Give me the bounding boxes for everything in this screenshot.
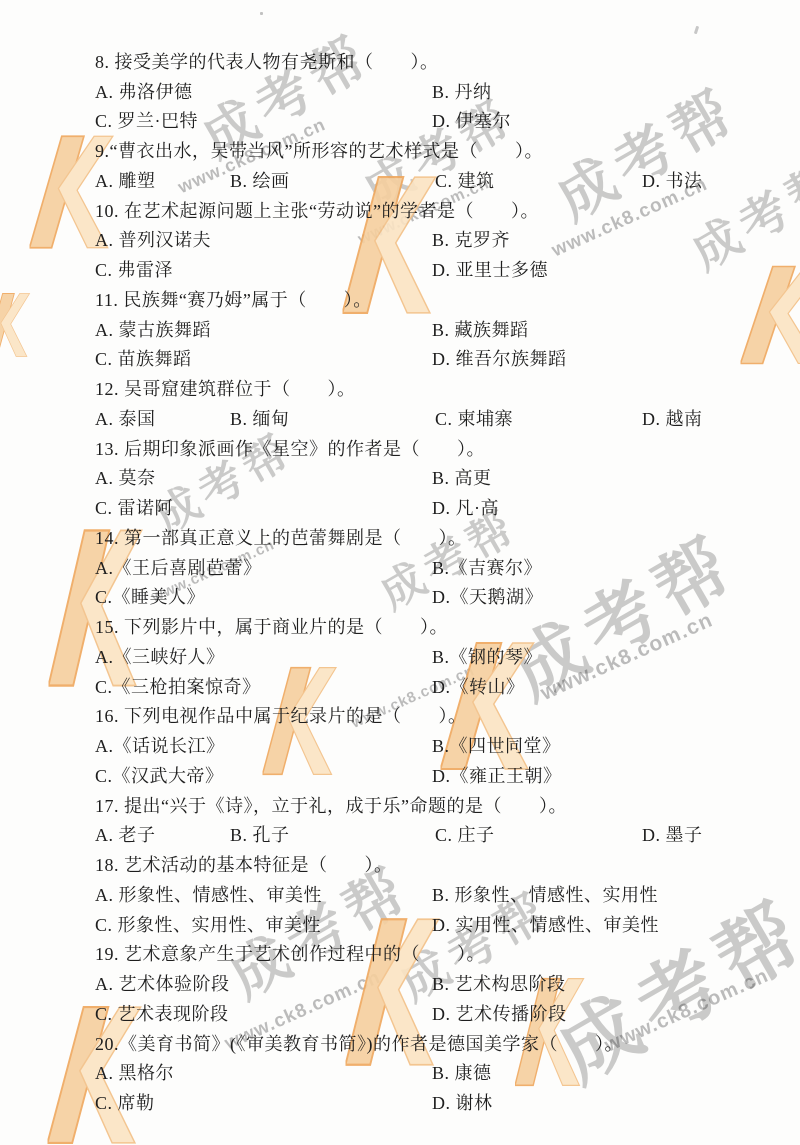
question-12-option-D: D. 越南 (642, 403, 703, 433)
question-9-option-B: B. 绘画 (230, 165, 290, 195)
question-10-option-B: B. 克罗齐 (432, 225, 510, 255)
question-16-options-row: A.《话说长江》B.《四世同堂》 (95, 730, 767, 760)
question-15-option-B: B.《钢的琴》 (432, 641, 542, 671)
question-15-option-D: D.《转山》 (432, 671, 525, 701)
question-12-option-A: A. 泰国 (95, 403, 156, 433)
question-15-options-row: C.《三枪拍案惊奇》D.《转山》 (95, 671, 767, 701)
question-19-stem: 19. 艺术意象产生于艺术创作过程中的（ ）。 (95, 939, 767, 969)
question-20-stem: 20.《美育书简》(《审美教育书简》)的作者是德国美学家（ ）。 (95, 1028, 767, 1058)
question-12-stem: 12. 吴哥窟建筑群位于（ ）。 (95, 373, 767, 403)
question-11-option-C: C. 苗族舞蹈 (95, 344, 192, 374)
question-17-option-A: A. 老子 (95, 820, 156, 850)
question-18-option-D: D. 实用性、情感性、审美性 (432, 909, 659, 939)
question-20-option-A: A. 黑格尔 (95, 1058, 174, 1088)
question-13-option-D: D. 凡·高 (432, 492, 499, 522)
question-17-option-B: B. 孔子 (230, 820, 290, 850)
question-11-options-row: A. 蒙古族舞蹈B. 藏族舞蹈 (95, 314, 767, 344)
question-8-option-C: C. 罗兰·巴特 (95, 106, 198, 136)
question-8-option-B: B. 丹纳 (432, 76, 492, 106)
question-11-option-A: A. 蒙古族舞蹈 (95, 314, 211, 344)
question-9-option-A: A. 雕塑 (95, 165, 156, 195)
question-11-options-row: C. 苗族舞蹈D. 维吾尔族舞蹈 (95, 344, 767, 374)
question-20-options-row: C. 席勒D. 谢林 (95, 1087, 767, 1117)
ck8-logo-icon (0, 293, 31, 358)
question-8-option-D: D. 伊塞尔 (432, 106, 511, 136)
question-14-option-D: D.《天鹅湖》 (432, 582, 543, 612)
question-18-options-row: C. 形象性、实用性、审美性D. 实用性、情感性、审美性 (95, 909, 767, 939)
question-9-stem: 9.“曹衣出水，吴带当风”所形容的艺术样式是（ ）。 (95, 135, 767, 165)
question-15-option-A: A.《三峡好人》 (95, 641, 225, 671)
question-16-option-C: C.《汉武大帝》 (95, 760, 224, 790)
question-16-option-D: D.《雍正王朝》 (432, 760, 562, 790)
question-10-options-row: A. 普列汉诺夫B. 克罗齐 (95, 225, 767, 255)
question-19-option-D: D. 艺术传播阶段 (432, 998, 567, 1028)
question-19-option-B: B. 艺术构思阶段 (432, 968, 566, 998)
question-14-option-C: C.《睡美人》 (95, 582, 205, 612)
question-9-options-row: A. 雕塑B. 绘画C. 建筑D. 书法 (95, 165, 767, 195)
question-8-option-A: A. 弗洛伊德 (95, 76, 193, 106)
question-11-stem: 11. 民族舞“赛乃姆”属于（ ）。 (95, 284, 767, 314)
question-8-options-row: A. 弗洛伊德B. 丹纳 (95, 76, 767, 106)
scan-speck (694, 26, 699, 35)
question-19-option-A: A. 艺术体验阶段 (95, 968, 230, 998)
question-13-option-B: B. 高更 (432, 463, 492, 493)
question-13-option-C: C. 雷诺阿 (95, 492, 173, 522)
question-10-option-C: C. 弗雷泽 (95, 254, 173, 284)
question-18-option-A: A. 形象性、情感性、审美性 (95, 879, 322, 909)
question-12-option-C: C. 柬埔寨 (435, 403, 513, 433)
question-18-option-C: C. 形象性、实用性、审美性 (95, 909, 321, 939)
question-19-options-row: C. 艺术表现阶段D. 艺术传播阶段 (95, 998, 767, 1028)
exam-content: 8. 接受美学的代表人物有尧斯和（ ）。A. 弗洛伊德B. 丹纳C. 罗兰·巴特… (95, 46, 767, 1117)
question-18-options-row: A. 形象性、情感性、审美性B. 形象性、情感性、实用性 (95, 879, 767, 909)
question-15-options-row: A.《三峡好人》B.《钢的琴》 (95, 641, 767, 671)
question-18-stem: 18. 艺术活动的基本特征是（ ）。 (95, 849, 767, 879)
question-10-option-D: D. 亚里士多德 (432, 254, 548, 284)
question-13-options-row: C. 雷诺阿D. 凡·高 (95, 492, 767, 522)
question-12-option-B: B. 缅甸 (230, 403, 290, 433)
question-10-options-row: C. 弗雷泽D. 亚里士多德 (95, 254, 767, 284)
question-11-option-B: B. 藏族舞蹈 (432, 314, 529, 344)
question-20-option-D: D. 谢林 (432, 1087, 493, 1117)
question-13-options-row: A. 莫奈B. 高更 (95, 463, 767, 493)
scan-speck (260, 12, 263, 15)
question-19-option-C: C. 艺术表现阶段 (95, 998, 229, 1028)
question-14-options-row: A.《王后喜剧芭蕾》B.《吉赛尔》 (95, 552, 767, 582)
question-9-option-D: D. 书法 (642, 165, 703, 195)
question-20-option-C: C. 席勒 (95, 1087, 155, 1117)
question-17-stem: 17. 提出“兴于《诗》，立于礼，成于乐”命题的是（ ）。 (95, 790, 767, 820)
question-13-option-A: A. 莫奈 (95, 463, 156, 493)
question-17-option-C: C. 庄子 (435, 820, 495, 850)
question-17-option-D: D. 墨子 (642, 820, 703, 850)
question-13-stem: 13. 后期印象派画作《星空》的作者是（ ）。 (95, 433, 767, 463)
question-9-option-C: C. 建筑 (435, 165, 495, 195)
question-14-options-row: C.《睡美人》D.《天鹅湖》 (95, 582, 767, 612)
question-17-options-row: A. 老子B. 孔子C. 庄子D. 墨子 (95, 820, 767, 850)
question-15-stem: 15. 下列影片中，属于商业片的是（ ）。 (95, 611, 767, 641)
question-16-stem: 16. 下列电视作品中属于纪录片的是（ ）。 (95, 701, 767, 731)
question-19-options-row: A. 艺术体验阶段B. 艺术构思阶段 (95, 968, 767, 998)
question-11-option-D: D. 维吾尔族舞蹈 (432, 344, 567, 374)
question-20-options-row: A. 黑格尔B. 康德 (95, 1058, 767, 1088)
question-16-option-B: B.《四世同堂》 (432, 730, 561, 760)
page: 成考帮成考帮成考帮成考帮成考帮成考帮成考帮成考帮成考帮成考帮www.ck8.co… (0, 0, 800, 1145)
question-8-stem: 8. 接受美学的代表人物有尧斯和（ ）。 (95, 46, 767, 76)
question-14-option-A: A.《王后喜剧芭蕾》 (95, 552, 262, 582)
question-14-option-B: B.《吉赛尔》 (432, 552, 542, 582)
question-12-options-row: A. 泰国B. 缅甸C. 柬埔寨D. 越南 (95, 403, 767, 433)
question-16-options-row: C.《汉武大帝》D.《雍正王朝》 (95, 760, 767, 790)
question-15-option-C: C.《三枪拍案惊奇》 (95, 671, 261, 701)
question-20-option-B: B. 康德 (432, 1058, 492, 1088)
question-10-stem: 10. 在艺术起源问题上主张“劳动说”的学者是（ ）。 (95, 195, 767, 225)
question-10-option-A: A. 普列汉诺夫 (95, 225, 211, 255)
question-8-options-row: C. 罗兰·巴特D. 伊塞尔 (95, 106, 767, 136)
question-16-option-A: A.《话说长江》 (95, 730, 225, 760)
question-14-stem: 14. 第一部真正意义上的芭蕾舞剧是（ ）。 (95, 522, 767, 552)
question-18-option-B: B. 形象性、情感性、实用性 (432, 879, 658, 909)
